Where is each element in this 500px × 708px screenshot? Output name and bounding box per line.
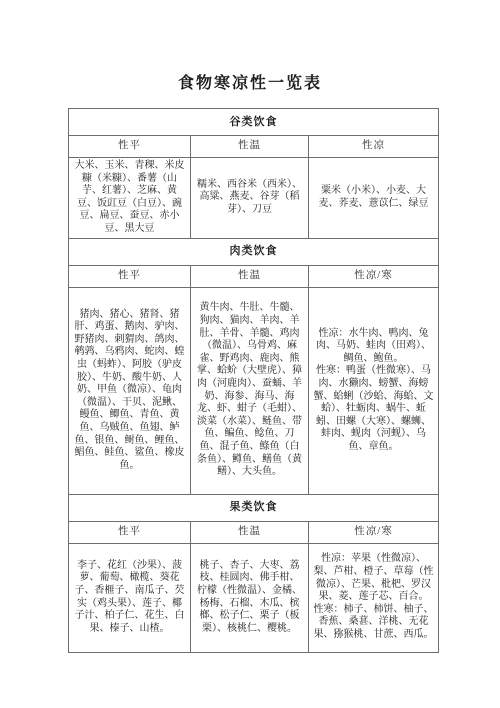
- column-header-meat-warm: 性温: [191, 265, 309, 287]
- column-header-grain-cool: 性凉: [309, 136, 439, 158]
- column-headers-grain: 性平 性温 性凉: [69, 136, 439, 158]
- cell-meat-neutral: 猪肉、猪心、猪肾、猪肝、鸡蛋、鹅肉、驴肉、野猪肉、刺猬肉、鸽肉、鹌鹑、乌鸦肉、蛇…: [69, 287, 191, 494]
- section-title-meat: 肉类饮食: [69, 238, 439, 265]
- column-headers-fruit: 性平 性温 性凉/寒: [69, 521, 439, 543]
- section-title-grain: 谷类饮食: [69, 109, 439, 136]
- section-header-meat: 肉类饮食: [69, 238, 439, 265]
- page-title: 食物寒凉性一览表: [0, 70, 500, 93]
- cell-grain-warm: 糯米、西谷米（西米）、高粱、燕麦、谷芽（稻芽）、刀豆: [191, 158, 309, 239]
- section-header-fruit: 果类饮食: [69, 494, 439, 521]
- cell-fruit-cold-paragraph: 性寒：柿子、柿饼、柚子、香蕉、桑葚、洋桃、无花果、猕猴桃、甘蔗、西瓜。: [313, 604, 434, 642]
- content-row-grain: 大米、玉米、青稞、米皮糠（米糠）、番薯（山芋、红薯）、芝麻、黄豆、饭豇豆（白豆）…: [69, 158, 439, 239]
- cell-fruit-warm: 桃子、杏子、大枣、荔枝、桂圆肉、佛手柑、柠檬（性微温）、金橘、杨梅、石榴、木瓜、…: [191, 543, 309, 652]
- section-header-grain: 谷类饮食: [69, 109, 439, 136]
- column-header-meat-neutral: 性平: [69, 265, 191, 287]
- food-nature-table: 谷类饮食 性平 性温 性凉 大米、玉米、青稞、米皮糠（米糠）、番薯（山芋、红薯）…: [68, 108, 439, 653]
- column-header-meat-cool-cold: 性凉/寒: [309, 265, 439, 287]
- section-title-fruit: 果类饮食: [69, 494, 439, 521]
- column-header-fruit-neutral: 性平: [69, 521, 191, 543]
- cell-fruit-cool-paragraph: 性凉：苹果（性微凉）、梨、芦柑、橙子、草莓（性微凉）、芒果、枇杷、罗汉果、菱、莲…: [313, 553, 434, 603]
- cell-meat-cold-paragraph: 性寒：鸭蛋（性微寒）、马肉、水獭肉、螃蟹、海螃蟹、蛤蜊（沙蛤、海蛤、文蛤）、牡蛎…: [313, 365, 434, 453]
- cell-fruit-neutral: 李子、花红（沙果）、菠萝、葡萄、橄榄、葵花子、香榧子、南瓜子、芡实（鸡头果）、莲…: [69, 543, 191, 652]
- column-header-grain-warm: 性温: [191, 136, 309, 158]
- column-headers-meat: 性平 性温 性凉/寒: [69, 265, 439, 287]
- cell-grain-neutral: 大米、玉米、青稞、米皮糠（米糠）、番薯（山芋、红薯）、芝麻、黄豆、饭豇豆（白豆）…: [69, 158, 191, 239]
- content-row-meat: 猪肉、猪心、猪肾、猪肝、鸡蛋、鹅肉、驴肉、野猪肉、刺猬肉、鸽肉、鹌鹑、乌鸦肉、蛇…: [69, 287, 439, 494]
- cell-meat-cool-paragraph: 性凉：水牛肉、鸭肉、兔肉、马奶、蛙肉（田鸡）、鲷鱼、鲍鱼。: [313, 328, 434, 366]
- cell-grain-cool: 粟米（小米）、小麦、大麦、荞麦、薏苡仁、绿豆: [309, 158, 439, 239]
- column-header-fruit-warm: 性温: [191, 521, 309, 543]
- content-row-fruit: 李子、花红（沙果）、菠萝、葡萄、橄榄、葵花子、香榧子、南瓜子、芡实（鸡头果）、莲…: [69, 543, 439, 652]
- cell-meat-warm: 黄牛肉、牛肚、牛髓、狗肉、猫肉、羊肉、羊肚、羊骨、羊髓、鸡肉（微温）、乌骨鸡、麻…: [191, 287, 309, 494]
- cell-meat-cool-cold: 性凉：水牛肉、鸭肉、兔肉、马奶、蛙肉（田鸡）、鲷鱼、鲍鱼。 性寒：鸭蛋（性微寒）…: [309, 287, 439, 494]
- column-header-fruit-cool-cold: 性凉/寒: [309, 521, 439, 543]
- cell-fruit-cool-cold: 性凉：苹果（性微凉）、梨、芦柑、橙子、草莓（性微凉）、芒果、枇杷、罗汉果、菱、莲…: [309, 543, 439, 652]
- column-header-grain-neutral: 性平: [69, 136, 191, 158]
